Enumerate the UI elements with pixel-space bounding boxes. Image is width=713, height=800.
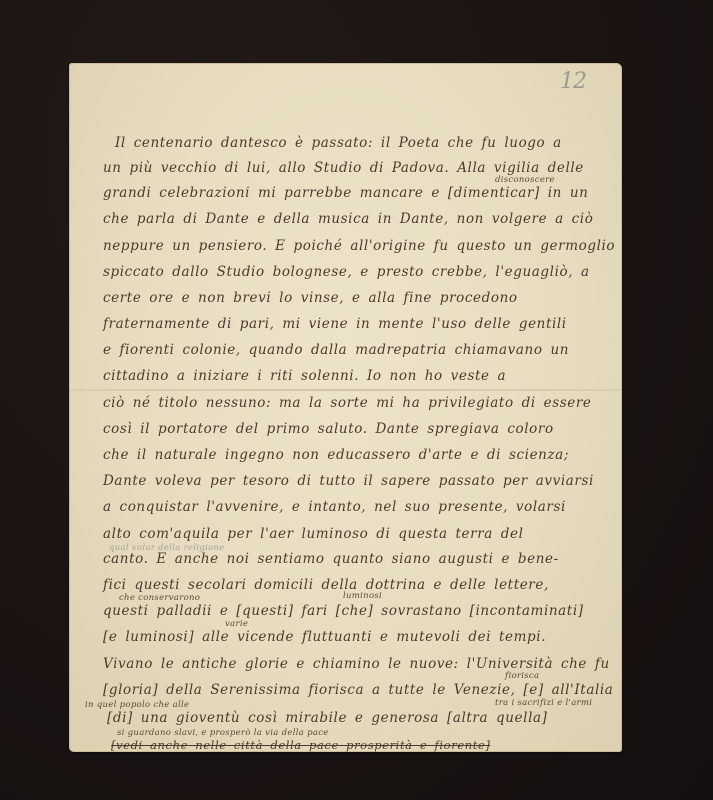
manuscript-page: 12 Il centenario dantesco è passato: il … xyxy=(69,63,622,752)
text-line-14: Dante voleva per tesoro di tutto il sape… xyxy=(103,473,594,489)
interlinear-insertion-right: tra i sacrifizi e l'armi xyxy=(495,698,592,708)
interlinear-insertion: disconoscere xyxy=(495,175,555,185)
paper-fold-crease xyxy=(69,389,622,391)
text-line-24-struck: [vedi anche nelle città della pace prosp… xyxy=(111,738,490,752)
text-line-15: a conquistar l'avvenire, e intanto, nel … xyxy=(103,499,566,515)
text-line-10: cittadino a iniziare i riti solenni. Io … xyxy=(103,368,506,384)
text-line-9: e fiorenti colonie, quando dalla madrepa… xyxy=(103,342,569,358)
text-line-18: fici questi secolari domicili della dott… xyxy=(103,577,549,593)
page-number: 12 xyxy=(560,69,586,94)
text-line-17: canto. E anche noi sentiamo quanto siano… xyxy=(103,551,559,567)
text-line-22: [gloria] della Serenissima fiorisca a tu… xyxy=(103,682,613,698)
text-line-2: un più vecchio di lui, allo Studio di Pa… xyxy=(103,160,584,176)
text-line-12: così il portatore del primo saluto. Dant… xyxy=(103,421,554,437)
text-line-1: Il centenario dantesco è passato: il Poe… xyxy=(115,135,562,151)
text-line-20: [e luminosi] alle vicende fluttuanti e m… xyxy=(103,629,546,645)
text-line-11: ciò né titolo nessuno: ma la sorte mi ha… xyxy=(103,395,592,411)
text-line-5: neppure un pensiero. E poiché all'origin… xyxy=(103,238,615,254)
interlinear-insertion-right: luminosi xyxy=(343,591,382,601)
text-line-7: certe ore e non brevi lo vinse, e alla f… xyxy=(103,290,518,306)
text-line-16: alto com'aquila per l'aer luminoso di qu… xyxy=(103,526,524,542)
text-line-13: che il naturale ingegno non educassero d… xyxy=(103,447,569,463)
text-line-21: Vivano le antiche glorie e chiamino le n… xyxy=(103,656,610,672)
text-line-3: grandi celebrazioni mi parrebbe mancare … xyxy=(103,185,588,201)
scanned-document: 12 Il centenario dantesco è passato: il … xyxy=(0,0,713,800)
text-line-4: che parla di Dante e della musica in Dan… xyxy=(103,211,593,227)
text-line-23: [di] una gioventù così mirabile e genero… xyxy=(107,710,548,726)
interlinear-insertion-left: che conservarono xyxy=(119,593,200,603)
interlinear-insertion: varie xyxy=(225,619,248,629)
interlinear-insertion: fiorisca xyxy=(505,671,539,681)
text-line-19: questi palladii e [questi] fari [che] so… xyxy=(103,603,584,619)
text-line-6: spiccato dallo Studio bolognese, e prest… xyxy=(103,264,590,280)
interlinear-insertion: si guardano slavi, e prosperò la via del… xyxy=(117,728,329,738)
text-line-8: fraternamente di pari, mi viene in mente… xyxy=(103,316,567,332)
interlinear-insertion-left: in quel popolo che alle xyxy=(85,700,189,710)
